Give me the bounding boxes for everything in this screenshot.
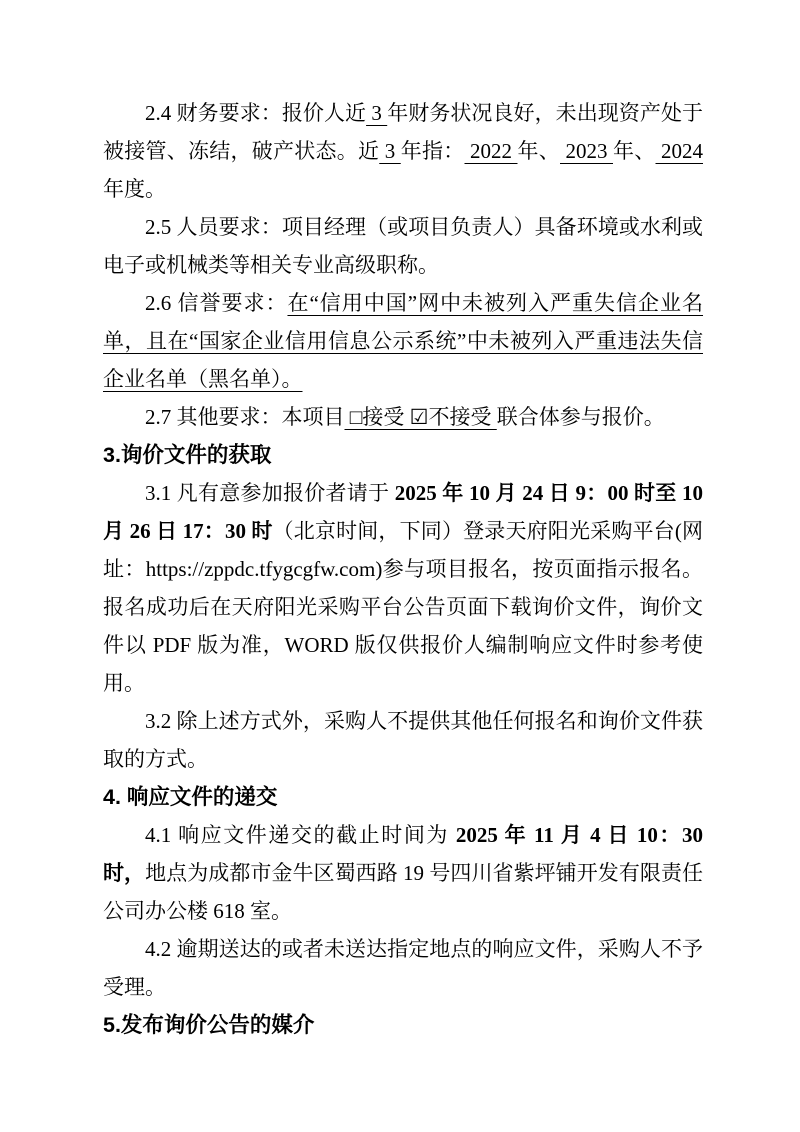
text-run: 3 bbox=[379, 139, 401, 163]
text-run: 年度。 bbox=[103, 177, 166, 201]
text-run: 2.7 其他要求：本项目 bbox=[145, 405, 345, 429]
document-body: 2.4 财务要求：报价人近 3 年财务状况良好，未出现资产处于被接管、冻结，破产… bbox=[103, 94, 703, 1044]
text-run: 年、 bbox=[518, 139, 561, 163]
text-run: 3.询价文件的获取 bbox=[103, 443, 271, 467]
text-run: 2.4 财务要求：报价人近 bbox=[145, 101, 366, 125]
text-run: □接受 ☑不接受 bbox=[345, 405, 497, 429]
text-run: 5.发布询价公告的媒介 bbox=[103, 1013, 314, 1037]
paragraph-2-5-personnel-requirements: 2.5 人员要求：项目经理（或项目负责人）具备环境或水利或电子或机械类等相关专业… bbox=[103, 208, 703, 284]
heading-5-announcement-media: 5.发布询价公告的媒介 bbox=[103, 1006, 703, 1044]
heading-3-obtaining-inquiry-documents: 3.询价文件的获取 bbox=[103, 436, 703, 474]
text-run: 3.1 凡有意参加报价者请于 bbox=[145, 481, 389, 505]
paragraph-2-7-other-requirements: 2.7 其他要求：本项目 □接受 ☑不接受 联合体参与报价。 bbox=[103, 398, 703, 436]
text-run: 2022 bbox=[465, 139, 518, 163]
text-run: 3.2 除上述方式外，采购人不提供其他任何报名和询价文件获取的方式。 bbox=[103, 709, 703, 771]
text-run: 2023 bbox=[560, 139, 613, 163]
text-run: 年指： bbox=[401, 139, 465, 163]
text-run: 2.6 信誉要求： bbox=[145, 291, 287, 315]
text-run: 地点为成都市金牛区蜀西路 19 号四川省紫坪铺开发有限责任公司办公楼 618 室… bbox=[103, 861, 703, 923]
text-run: 4.1 响应文件递交的截止时间为 bbox=[145, 823, 449, 847]
paragraph-3-1-registration: 3.1 凡有意参加报价者请于 2025 年 10 月 24 日 9：00 时至 … bbox=[103, 474, 703, 702]
text-run: 2024 bbox=[656, 139, 704, 163]
paragraph-2-4-financial-requirements: 2.4 财务要求：报价人近 3 年财务状况良好，未出现资产处于被接管、冻结，破产… bbox=[103, 94, 703, 208]
document-page: 2.4 财务要求：报价人近 3 年财务状况良好，未出现资产处于被接管、冻结，破产… bbox=[0, 0, 800, 1132]
text-run: 3 bbox=[366, 101, 387, 125]
text-run: 4.2 逾期送达的或者未送达指定地点的响应文件，采购人不予受理。 bbox=[103, 937, 703, 999]
text-run: 4. 响应文件的递交 bbox=[103, 785, 277, 809]
paragraph-4-1-deadline-and-location: 4.1 响应文件递交的截止时间为 2025 年 11 月 4 日 10：30 时… bbox=[103, 816, 703, 930]
paragraph-2-6-credit-requirements: 2.6 信誉要求：在“信用中国”网中未被列入严重失信企业名单，且在“国家企业信用… bbox=[103, 284, 703, 398]
text-run: 年、 bbox=[613, 139, 656, 163]
paragraph-4-2-late-submissions: 4.2 逾期送达的或者未送达指定地点的响应文件，采购人不予受理。 bbox=[103, 930, 703, 1006]
heading-4-submission-of-response-documents: 4. 响应文件的递交 bbox=[103, 778, 703, 816]
text-run: 联合体参与报价。 bbox=[497, 405, 665, 429]
text-run: 2.5 人员要求：项目经理（或项目负责人）具备环境或水利或电子或机械类等相关专业… bbox=[103, 215, 703, 277]
paragraph-3-2-no-other-methods: 3.2 除上述方式外，采购人不提供其他任何报名和询价文件获取的方式。 bbox=[103, 702, 703, 778]
text-run: （北京时间，下同）登录天府阳光采购平台(网址：https://zppdc.tfy… bbox=[103, 519, 703, 695]
